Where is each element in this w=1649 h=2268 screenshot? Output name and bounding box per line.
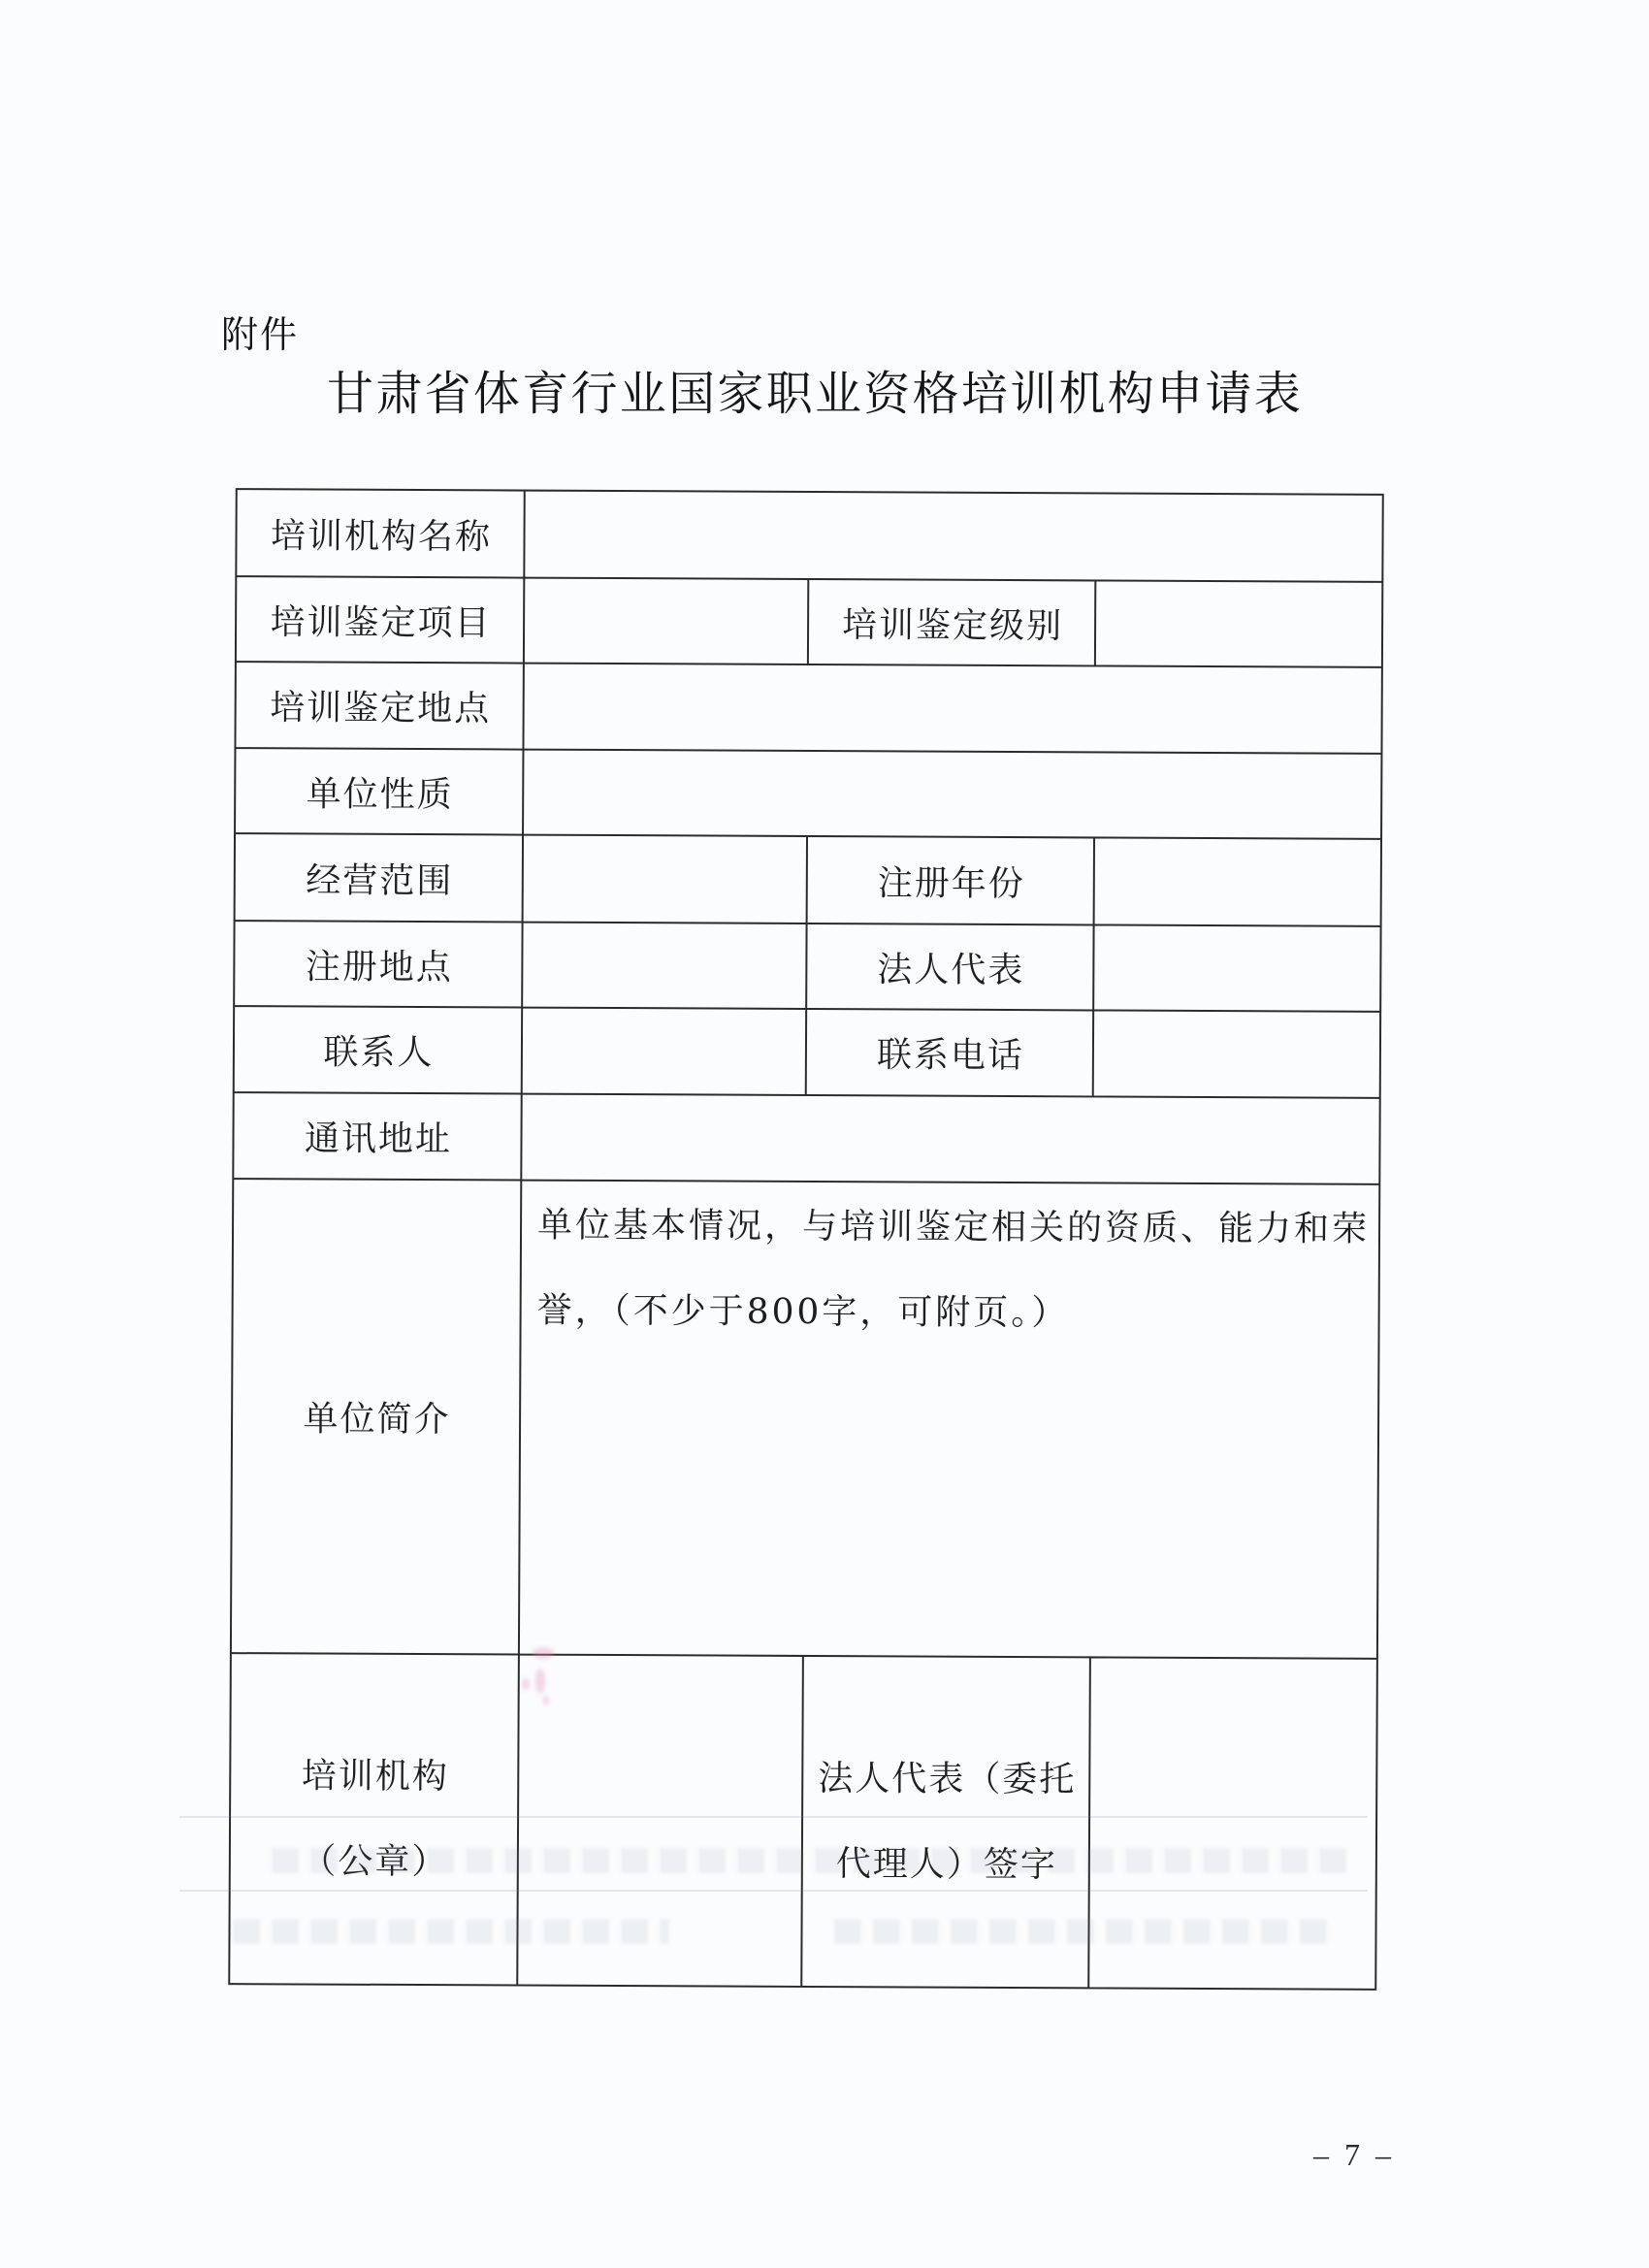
field-unit-nature — [524, 751, 1380, 838]
bleed-through-text — [233, 1919, 669, 1944]
label-contact-person: 联系人 — [235, 1007, 521, 1092]
unit-profile-hint-line-1: 单位基本情况，与培训鉴定相关的资质、能力和荣 — [537, 1183, 1378, 1273]
label-training-location: 培训鉴定地点 — [236, 663, 522, 748]
page-number: – 7 – — [1300, 2135, 1408, 2174]
bleed-through-text — [834, 1919, 1339, 1944]
stamp-mark — [543, 1696, 549, 1705]
field-business-scope — [524, 836, 806, 923]
bleed-through-line — [179, 1816, 1368, 1818]
field-training-location — [524, 664, 1380, 753]
bleed-through-line — [179, 1890, 1368, 1892]
field-mailing-address — [522, 1095, 1378, 1183]
label-business-scope: 经营范围 — [236, 834, 522, 921]
label-mailing-address: 通讯地址 — [234, 1093, 520, 1179]
attachment-label: 附件 — [221, 316, 299, 353]
field-unit-profile: 单位基本情况，与培训鉴定相关的资质、能力和荣 誉，（不少于800字，可附页。） — [520, 1182, 1378, 1658]
label-registration-place: 注册地点 — [235, 922, 521, 1006]
application-form-table: 培训机构名称 培训鉴定项目 培训鉴定级别 培训鉴定地点 单位性质 经营范围 注册… — [228, 488, 1384, 1991]
label-unit-nature: 单位性质 — [236, 749, 522, 833]
field-legal-representative — [1094, 925, 1379, 1010]
field-registration-year — [1095, 838, 1380, 924]
field-registration-place — [523, 923, 805, 1008]
label-training-level: 培训鉴定级别 — [809, 580, 1094, 664]
bleed-through-text — [272, 1848, 1358, 1873]
label-legal-representative: 法人代表 — [807, 924, 1092, 1009]
field-institution-name — [525, 492, 1381, 581]
stamp-mark — [533, 1647, 554, 1659]
label-unit-profile: 单位简介 — [232, 1180, 520, 1653]
field-training-level — [1096, 581, 1381, 665]
label-institution-seal-line-1: 培训机构 — [302, 1733, 449, 1820]
field-contact-person — [523, 1009, 805, 1094]
unit-profile-hint-line-2: 誉，（不少于800字，可附页。） — [536, 1269, 1377, 1358]
label-registration-year: 注册年份 — [808, 837, 1093, 923]
form-title: 甘肃省体育行业国家职业资格培训机构申请表 — [327, 371, 1303, 417]
stamp-mark — [522, 1678, 530, 1690]
label-contact-phone: 联系电话 — [807, 1010, 1092, 1095]
label-legal-rep-signature-line-1: 法人代表（委托 — [818, 1736, 1076, 1823]
label-training-project: 培训鉴定项目 — [237, 577, 523, 662]
stamp-mark — [535, 1669, 545, 1694]
label-institution-name: 培训机构名称 — [237, 490, 523, 576]
field-contact-phone — [1094, 1011, 1379, 1096]
field-training-project — [525, 579, 807, 664]
